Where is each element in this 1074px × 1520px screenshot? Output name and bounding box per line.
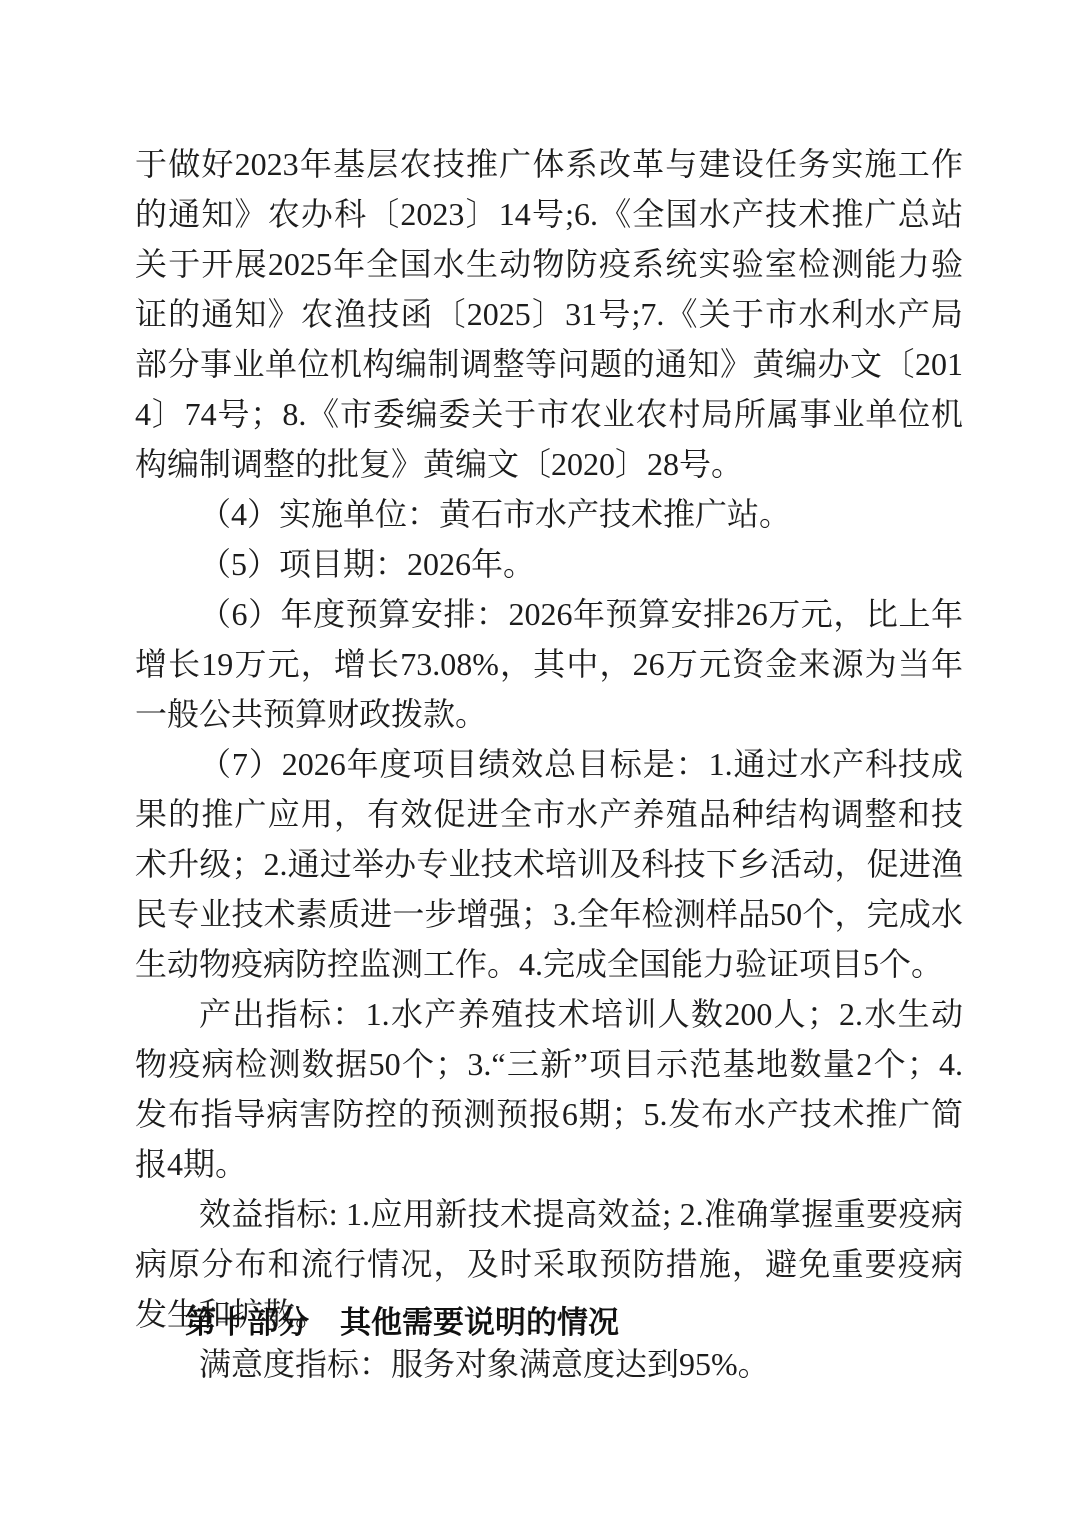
paragraph-satisfaction-indicators: 满意度指标：服务对象满意度达到95%。 — [135, 1339, 963, 1389]
paragraph-project-period: （5）项目期：2026年。 — [135, 539, 963, 589]
paragraph-implementing-unit: （4）实施单位：黄石市水产技术推广站。 — [135, 489, 963, 539]
section-heading-part-ten: 第十部分 其他需要说明的情况 — [185, 1302, 619, 1344]
document-page: 于做好2023年基层农技推广体系改革与建设任务实施工作的通知》农办科〔2023〕… — [0, 0, 1074, 1520]
paragraph-annual-budget: （6）年度预算安排：2026年预算安排26万元，比上年增长19万元，增长73.0… — [135, 589, 963, 739]
paragraph-output-indicators: 产出指标：1.水产养殖技术培训人数200人；2.水生动物疫病检测数据50个；3.… — [135, 989, 963, 1189]
paragraph-performance-goals: （7）2026年度项目绩效总目标是：1.通过水产科技成果的推广应用，有效促进全市… — [135, 739, 963, 989]
document-body: 于做好2023年基层农技推广体系改革与建设任务实施工作的通知》农办科〔2023〕… — [135, 139, 963, 1389]
paragraph-legal-basis-continued: 于做好2023年基层农技推广体系改革与建设任务实施工作的通知》农办科〔2023〕… — [135, 139, 963, 489]
